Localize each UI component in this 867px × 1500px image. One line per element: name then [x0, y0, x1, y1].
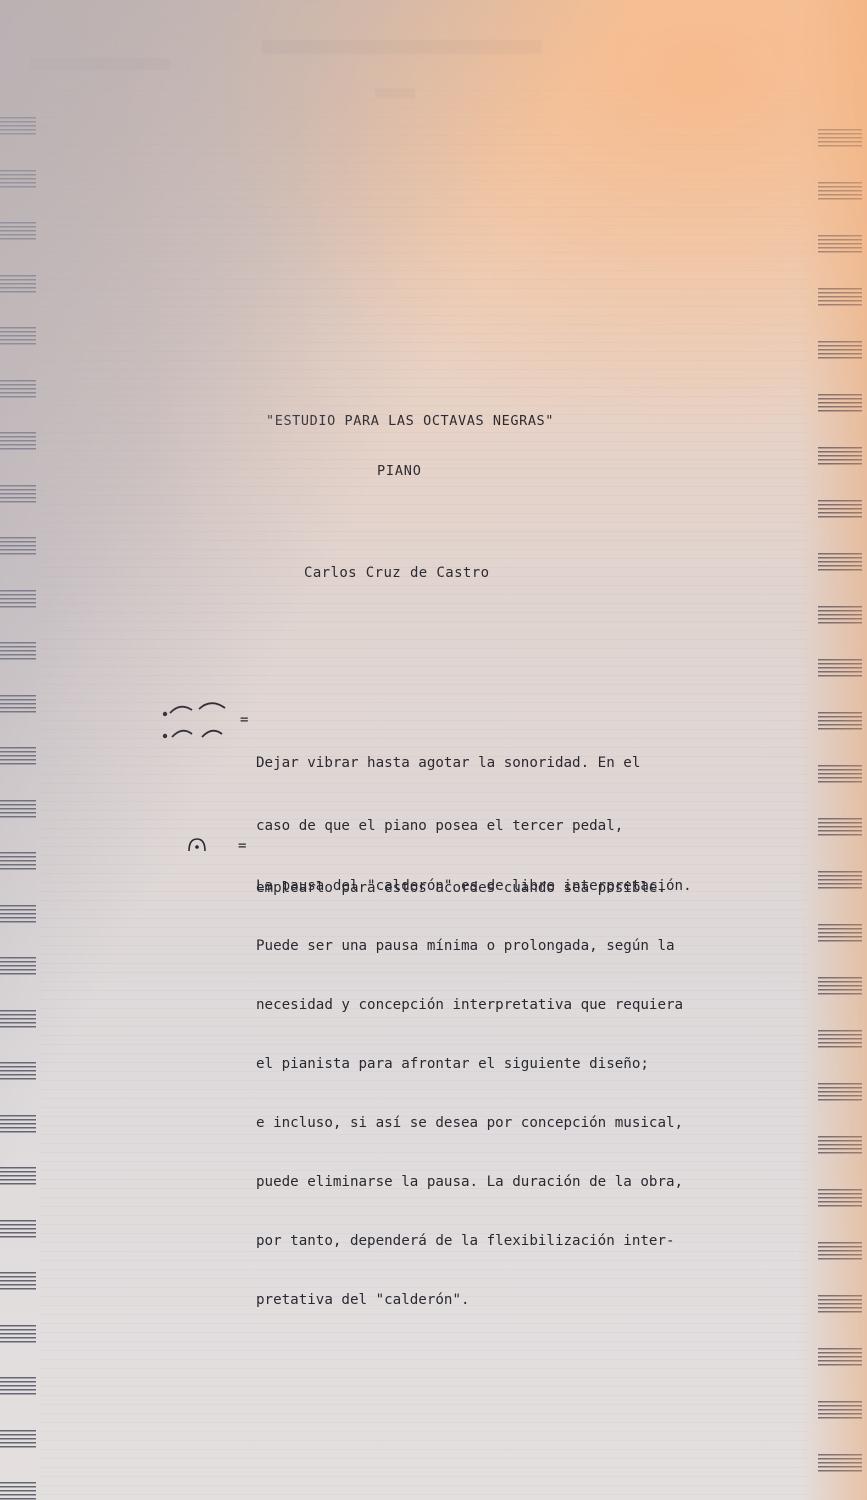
margin-stave-mark [818, 1401, 862, 1421]
instrument-label: PIANO [377, 463, 422, 479]
bleed-through-text [262, 40, 542, 54]
margin-stave-mark [818, 1189, 862, 1209]
margin-stave-mark [818, 1136, 862, 1156]
margin-stave-mark [0, 1115, 36, 1135]
margin-stave-mark [818, 288, 862, 308]
margin-stave-mark [818, 1348, 862, 1368]
margin-stave-mark [0, 957, 36, 977]
fermata-icon [186, 836, 208, 854]
margin-stave-mark [0, 432, 36, 452]
margin-stave-mark [0, 642, 36, 662]
margin-stave-mark [0, 327, 36, 347]
margin-stave-mark [0, 222, 36, 242]
margin-stave-mark [818, 977, 862, 997]
note-line: pretativa del "calderón". [256, 1291, 692, 1311]
margin-stave-mark [0, 852, 36, 872]
margin-stave-mark [818, 129, 862, 149]
margin-stave-mark [0, 1377, 36, 1397]
margin-stave-mark [0, 170, 36, 190]
bleed-through-text [375, 88, 415, 98]
margin-stave-mark [0, 275, 36, 295]
margin-stave-mark [0, 1220, 36, 1240]
margin-stave-mark [0, 485, 36, 505]
manuscript-page: "ESTUDIO PARA LAS OCTAVAS NEGRAS" PIANO … [0, 0, 867, 1500]
work-title: "ESTUDIO PARA LAS OCTAVAS NEGRAS" [266, 413, 554, 429]
margin-stave-mark [818, 341, 862, 361]
margin-stave-mark [0, 1010, 36, 1030]
margin-stave-mark [0, 1430, 36, 1450]
bleed-through-text [30, 58, 170, 70]
let-ring-ties-icon [158, 696, 238, 746]
margin-stave-mark [818, 712, 862, 732]
note-line: caso de que el piano posea el tercer ped… [256, 816, 666, 837]
equals-sign: = [240, 712, 248, 728]
note-line: Dejar vibrar hasta agotar la sonoridad. … [256, 753, 666, 774]
margin-stave-mark [0, 380, 36, 400]
fermata-description: La pausa del "calderón" es de libre inte… [256, 838, 692, 1350]
margin-stave-mark [0, 117, 36, 137]
equals-sign: = [238, 838, 246, 854]
margin-stave-mark [818, 182, 862, 202]
margin-stave-mark [0, 1325, 36, 1345]
margin-stave-mark [0, 1272, 36, 1292]
composer-name: Carlos Cruz de Castro [304, 565, 489, 581]
margin-stave-mark [0, 800, 36, 820]
note-line: puede eliminarse la pausa. La duración d… [256, 1173, 692, 1193]
note-line: e incluso, si así se desea por concepció… [256, 1114, 692, 1134]
margin-stave-mark [818, 1030, 862, 1050]
margin-stave-mark [818, 871, 862, 891]
margin-stave-mark [818, 659, 862, 679]
margin-stave-mark [0, 1062, 36, 1082]
note-line: La pausa del "calderón" es de libre inte… [256, 877, 692, 897]
margin-stave-mark [0, 905, 36, 925]
margin-stave-mark [818, 1295, 862, 1315]
margin-stave-mark [818, 606, 862, 626]
margin-stave-mark [818, 394, 862, 414]
margin-stave-mark [818, 447, 862, 467]
margin-stave-mark [0, 537, 36, 557]
note-line: por tanto, dependerá de la flexibilizaci… [256, 1232, 692, 1252]
margin-stave-mark [818, 765, 862, 785]
margin-stave-mark [0, 590, 36, 610]
margin-stave-mark [0, 1482, 36, 1500]
margin-stave-mark [818, 1454, 862, 1474]
margin-stave-mark [818, 500, 862, 520]
margin-stave-mark [0, 695, 36, 715]
margin-stave-mark [818, 1083, 862, 1103]
margin-stave-mark [818, 1242, 862, 1262]
margin-stave-mark [0, 1167, 36, 1187]
left-feed-margin [0, 0, 36, 1500]
margin-stave-mark [818, 235, 862, 255]
right-feed-margin [818, 0, 862, 1500]
margin-stave-mark [818, 818, 862, 838]
margin-stave-mark [818, 924, 862, 944]
note-line: necesidad y concepción interpretativa qu… [256, 996, 692, 1016]
margin-stave-mark [0, 747, 36, 767]
note-line: el pianista para afrontar el siguiente d… [256, 1055, 692, 1075]
note-line: Puede ser una pausa mínima o prolongada,… [256, 937, 692, 957]
margin-stave-mark [818, 553, 862, 573]
